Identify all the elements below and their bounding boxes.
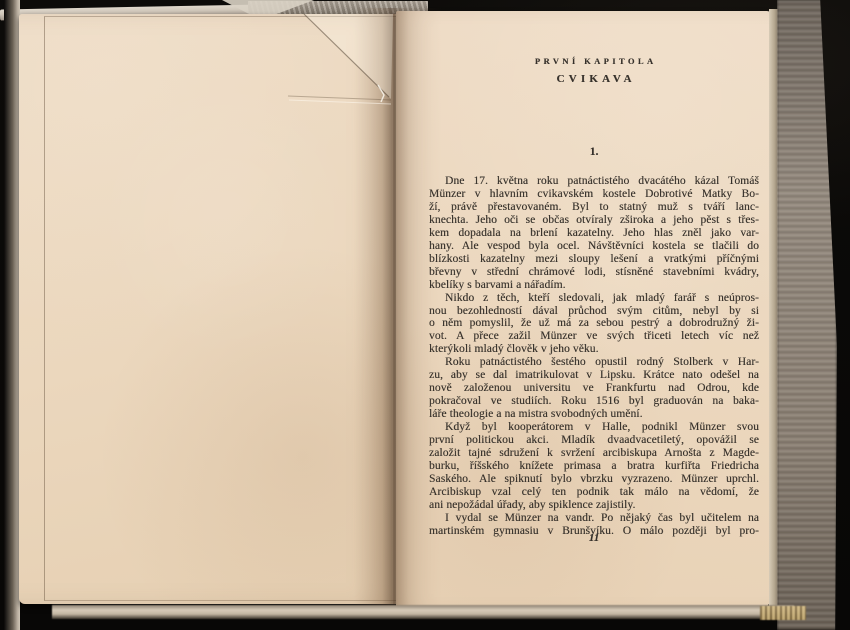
text-line: Münzer v hlavním cvikavském kostele Dobr… [429, 188, 759, 201]
paragraph: Když byl kooperátorem v Halle, podnikl M… [429, 421, 759, 512]
text-line: založit tajné sdružení k svržení arcibis… [429, 447, 759, 460]
chapter-title: CVIKAVA [429, 73, 759, 85]
stacked-page-edges [777, 0, 837, 630]
text-line: ží, právě přestavovaném. Byl to statný m… [429, 201, 759, 214]
paragraph: Nikdo z těch, kteří sledovali, jak mladý… [429, 292, 759, 357]
text-column: PRVNÍ KAPITOLA CVIKAVA 1. Dne 17. května… [429, 11, 759, 610]
text-line: I vydal se Münzer na vandr. Po nějaký ča… [429, 512, 759, 525]
page-number: 11 [429, 532, 759, 544]
bottom-page-edges [52, 605, 794, 619]
text-line: hany. Ale vespod byla ocel. Návštěvníci … [429, 240, 759, 253]
section-number: 1. [429, 146, 759, 158]
text-line: kem dopadala na brlení kazatelny. Jeho h… [429, 227, 759, 240]
paragraph: Dne 17. května roku patnáctistého dvacát… [429, 175, 759, 292]
text-line: Arcibiskup vzal celý ten podnik tak málo… [429, 486, 759, 499]
text-line: zu, aby se dal imatrikulovat v Lipsku. K… [429, 369, 759, 382]
text-line: kbelíky s barvami a nářadím. [429, 279, 759, 292]
bottom-corner-book-block [760, 606, 806, 620]
left-cover-edge [4, 0, 20, 630]
text-line: ani nepožádal úřady, aby spiklence zajis… [429, 499, 759, 512]
open-book-scan: PRVNÍ KAPITOLA CVIKAVA 1. Dne 17. května… [0, 0, 850, 630]
text-line: břevny v střední chrámové lodi, stísněné… [429, 266, 759, 279]
left-page-blank [19, 14, 397, 604]
text-line: Když byl kooperátorem v Halle, podnikl M… [429, 421, 759, 434]
text-line: knechta. Jeho oči se občas otvíraly zšir… [429, 214, 759, 227]
text-line: burku, říšského knížete primasa a bratra… [429, 460, 759, 473]
text-line: kterýkoli mladý člověk v jeho věku. [429, 343, 759, 356]
right-page: PRVNÍ KAPITOLA CVIKAVA 1. Dne 17. května… [396, 11, 772, 610]
text-block: Dne 17. května roku patnáctistého dvacát… [429, 175, 759, 538]
text-line: nově založenou universitu ve Frankfurtu … [429, 382, 759, 395]
text-line: láře theologie a na mistra svobodných um… [429, 408, 759, 421]
text-line: Dne 17. května roku patnáctistého dvacát… [429, 175, 759, 188]
text-line: Nikdo z těch, kteří sledovali, jak mladý… [429, 292, 759, 305]
right-page-fore-edge [769, 9, 778, 610]
text-line: vot. A přece zažil Münzer ve svých třice… [429, 330, 759, 343]
text-line: o něm pomyslil, že už má za sebou pestrý… [429, 317, 759, 330]
text-line: pokračoval ve studiích. Roku 1516 byl gr… [429, 395, 759, 408]
chapter-label: PRVNÍ KAPITOLA [429, 56, 759, 66]
paragraph: Roku patnáctistého šestého opustil rodný… [429, 356, 759, 421]
text-line: nou bezohledností dával průchod svým cit… [429, 305, 759, 318]
text-line: první politickou akci. Mladík dvaadvacet… [429, 434, 759, 447]
text-line: Roku patnáctistého šestého opustil rodný… [429, 356, 759, 369]
text-line: blízkosti kazatelny mezi sloupy lešení a… [429, 253, 759, 266]
text-line: Saského. Ale spiknutí bylo vbrzku vyzraz… [429, 473, 759, 486]
